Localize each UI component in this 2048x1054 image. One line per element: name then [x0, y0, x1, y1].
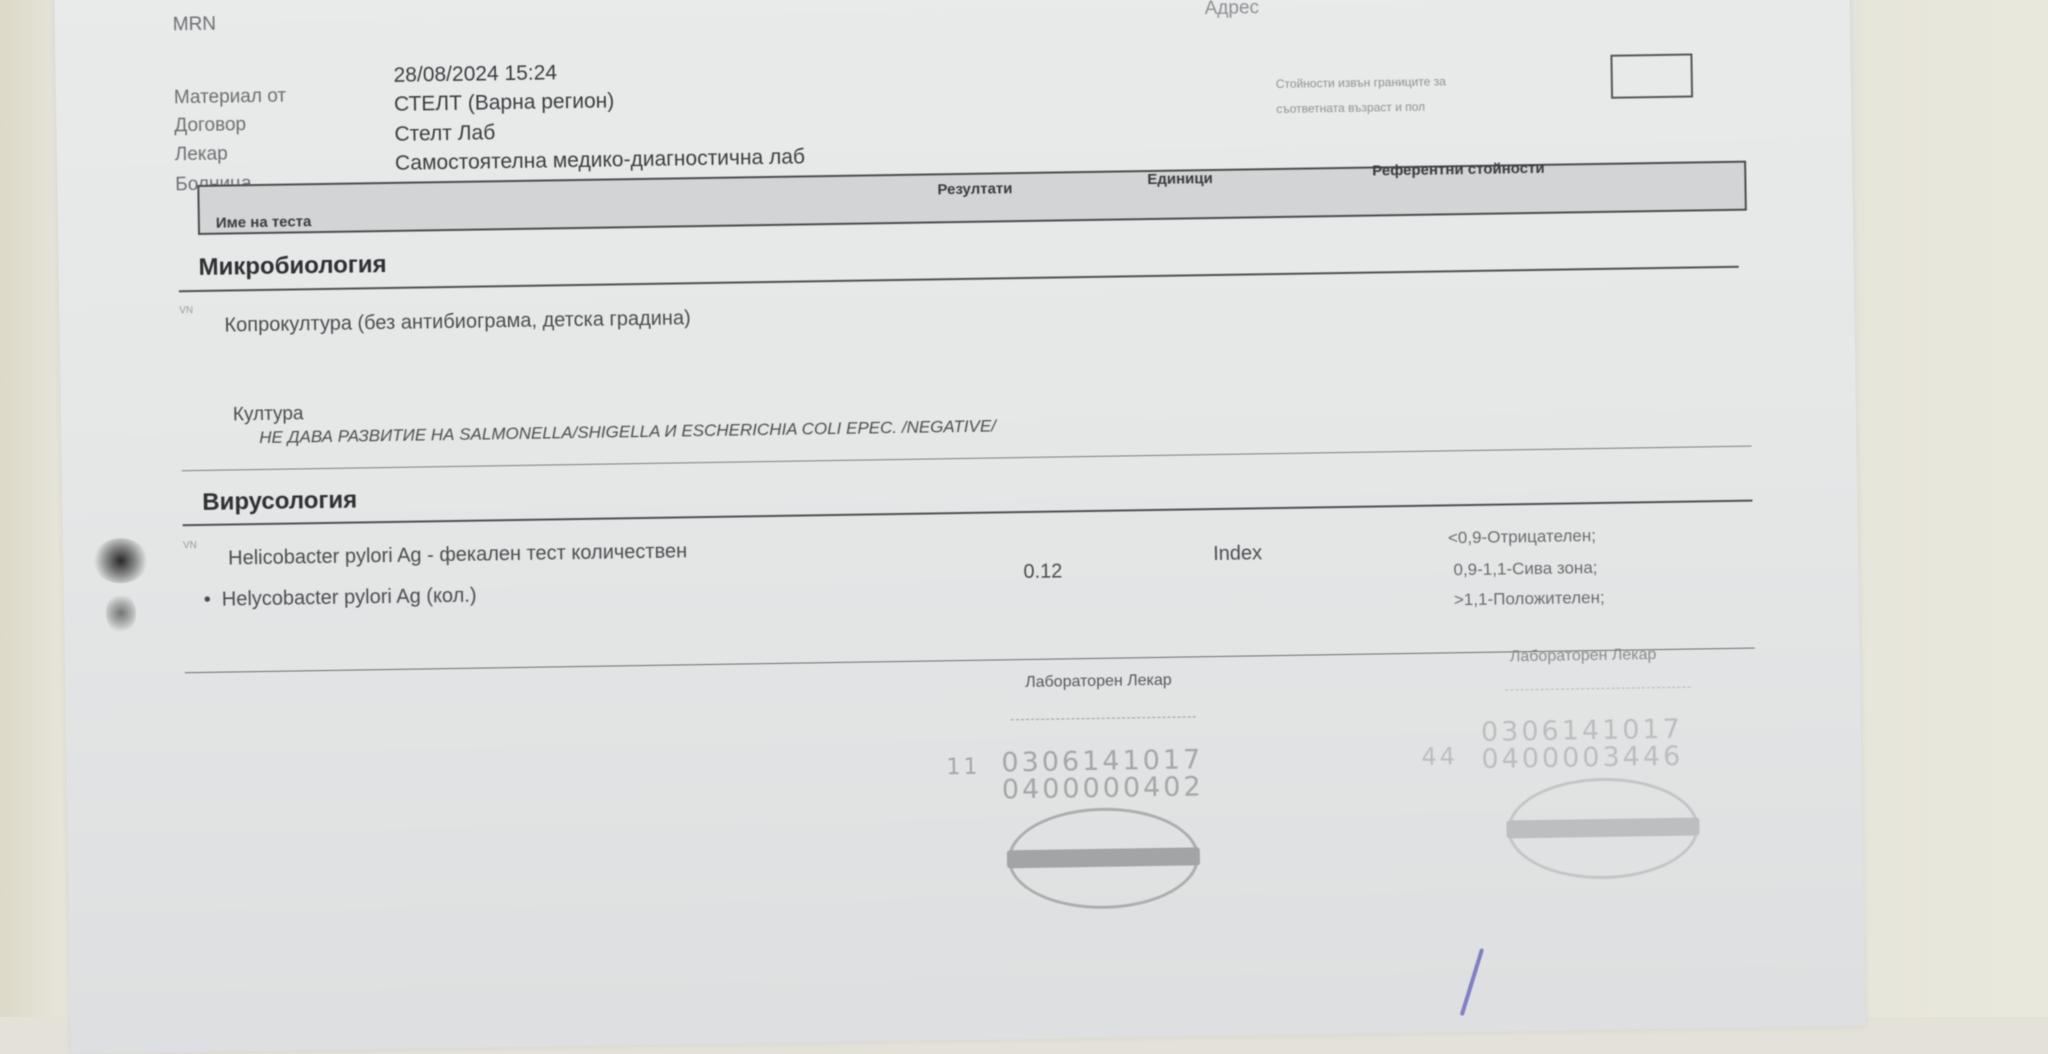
signature-label-2: Лабораторен Лекар [1510, 646, 1657, 666]
signature-line-1 [1011, 716, 1196, 720]
row-rule [182, 446, 1752, 472]
col-reference: Референтни стойности [1372, 160, 1545, 180]
contract-label: Договор [174, 114, 246, 137]
section-rule [183, 500, 1753, 527]
col-test-name: Име на теста [216, 213, 312, 231]
material-value: 28/08/2024 15:24 [393, 61, 557, 88]
section-title-virology: Вирусология [202, 487, 357, 517]
doctor-label: Лекар [175, 143, 228, 166]
stamp-number-1b: 0400000402 [1002, 771, 1204, 805]
col-results: Резултати [937, 180, 1012, 198]
test-result-hpylori: 0.12 [1023, 560, 1062, 584]
stamp-prefix-1: 11 [946, 755, 980, 781]
col-units: Единици [1147, 170, 1213, 188]
ink-smudge [93, 538, 149, 584]
out-of-range-note-line1: Стойности извън границите за [1276, 74, 1446, 91]
out-of-range-indicator-box [1610, 53, 1693, 98]
signature-line-2 [1505, 687, 1690, 691]
test-units-hpylori: Index [1213, 542, 1262, 566]
test-result-culture: НЕ ДАВА РАЗВИТИЕ НА SALMONELLA/SHIGELLA … [259, 416, 996, 448]
vn-marker: VN [179, 305, 193, 316]
pen-mark [1460, 948, 1484, 1016]
bullet: • [204, 589, 211, 612]
section-rule [179, 266, 1739, 293]
photo-background: MRN Адрес Материал от 28/08/2024 15:24 Д… [0, 0, 2048, 1017]
hospital-value: Самостоятелна медико-диагностична лаб [395, 145, 805, 175]
doctor-value: Стелт Лаб [394, 121, 495, 147]
out-of-range-note-line2: съответната възраст и пол [1276, 100, 1425, 116]
reference-positive: >1,1-Положителен; [1454, 588, 1605, 610]
contract-value: СТЕЛТ (Варна регион) [394, 89, 615, 116]
address-label: Адрес [1204, 0, 1259, 20]
reference-negative: <0,9-Отрицателен; [1448, 526, 1596, 548]
test-name-culture: Култура [233, 403, 304, 426]
stamp-prefix-2: 44 [1421, 742, 1458, 771]
material-label: Материал от [174, 86, 287, 110]
lab-stamp-2 [1507, 776, 1700, 880]
reference-grey-zone: 0,9-1,1-Сива зона; [1453, 558, 1597, 580]
stamp-number-2b: 0400003446 [1481, 741, 1683, 775]
vn-marker: VN [183, 540, 197, 551]
signature-label-1: Лабораторен Лекар [1025, 672, 1172, 692]
panel-coproculture: Копрокултура (без антибиограма, детска г… [224, 307, 691, 337]
panel-helicobacter: Helicobacter pylori Ag - фекален тест ко… [228, 540, 687, 570]
ink-smudge [106, 593, 137, 633]
lab-report-sheet: MRN Адрес Материал от 28/08/2024 15:24 Д… [54, 0, 1865, 1017]
lab-stamp-1 [1007, 806, 1200, 910]
mrn-label: MRN [173, 14, 217, 37]
section-title-microbiology: Микробиология [198, 251, 386, 282]
test-name-hpylori: Helycobacter pylori Ag (кол.) [222, 585, 477, 612]
